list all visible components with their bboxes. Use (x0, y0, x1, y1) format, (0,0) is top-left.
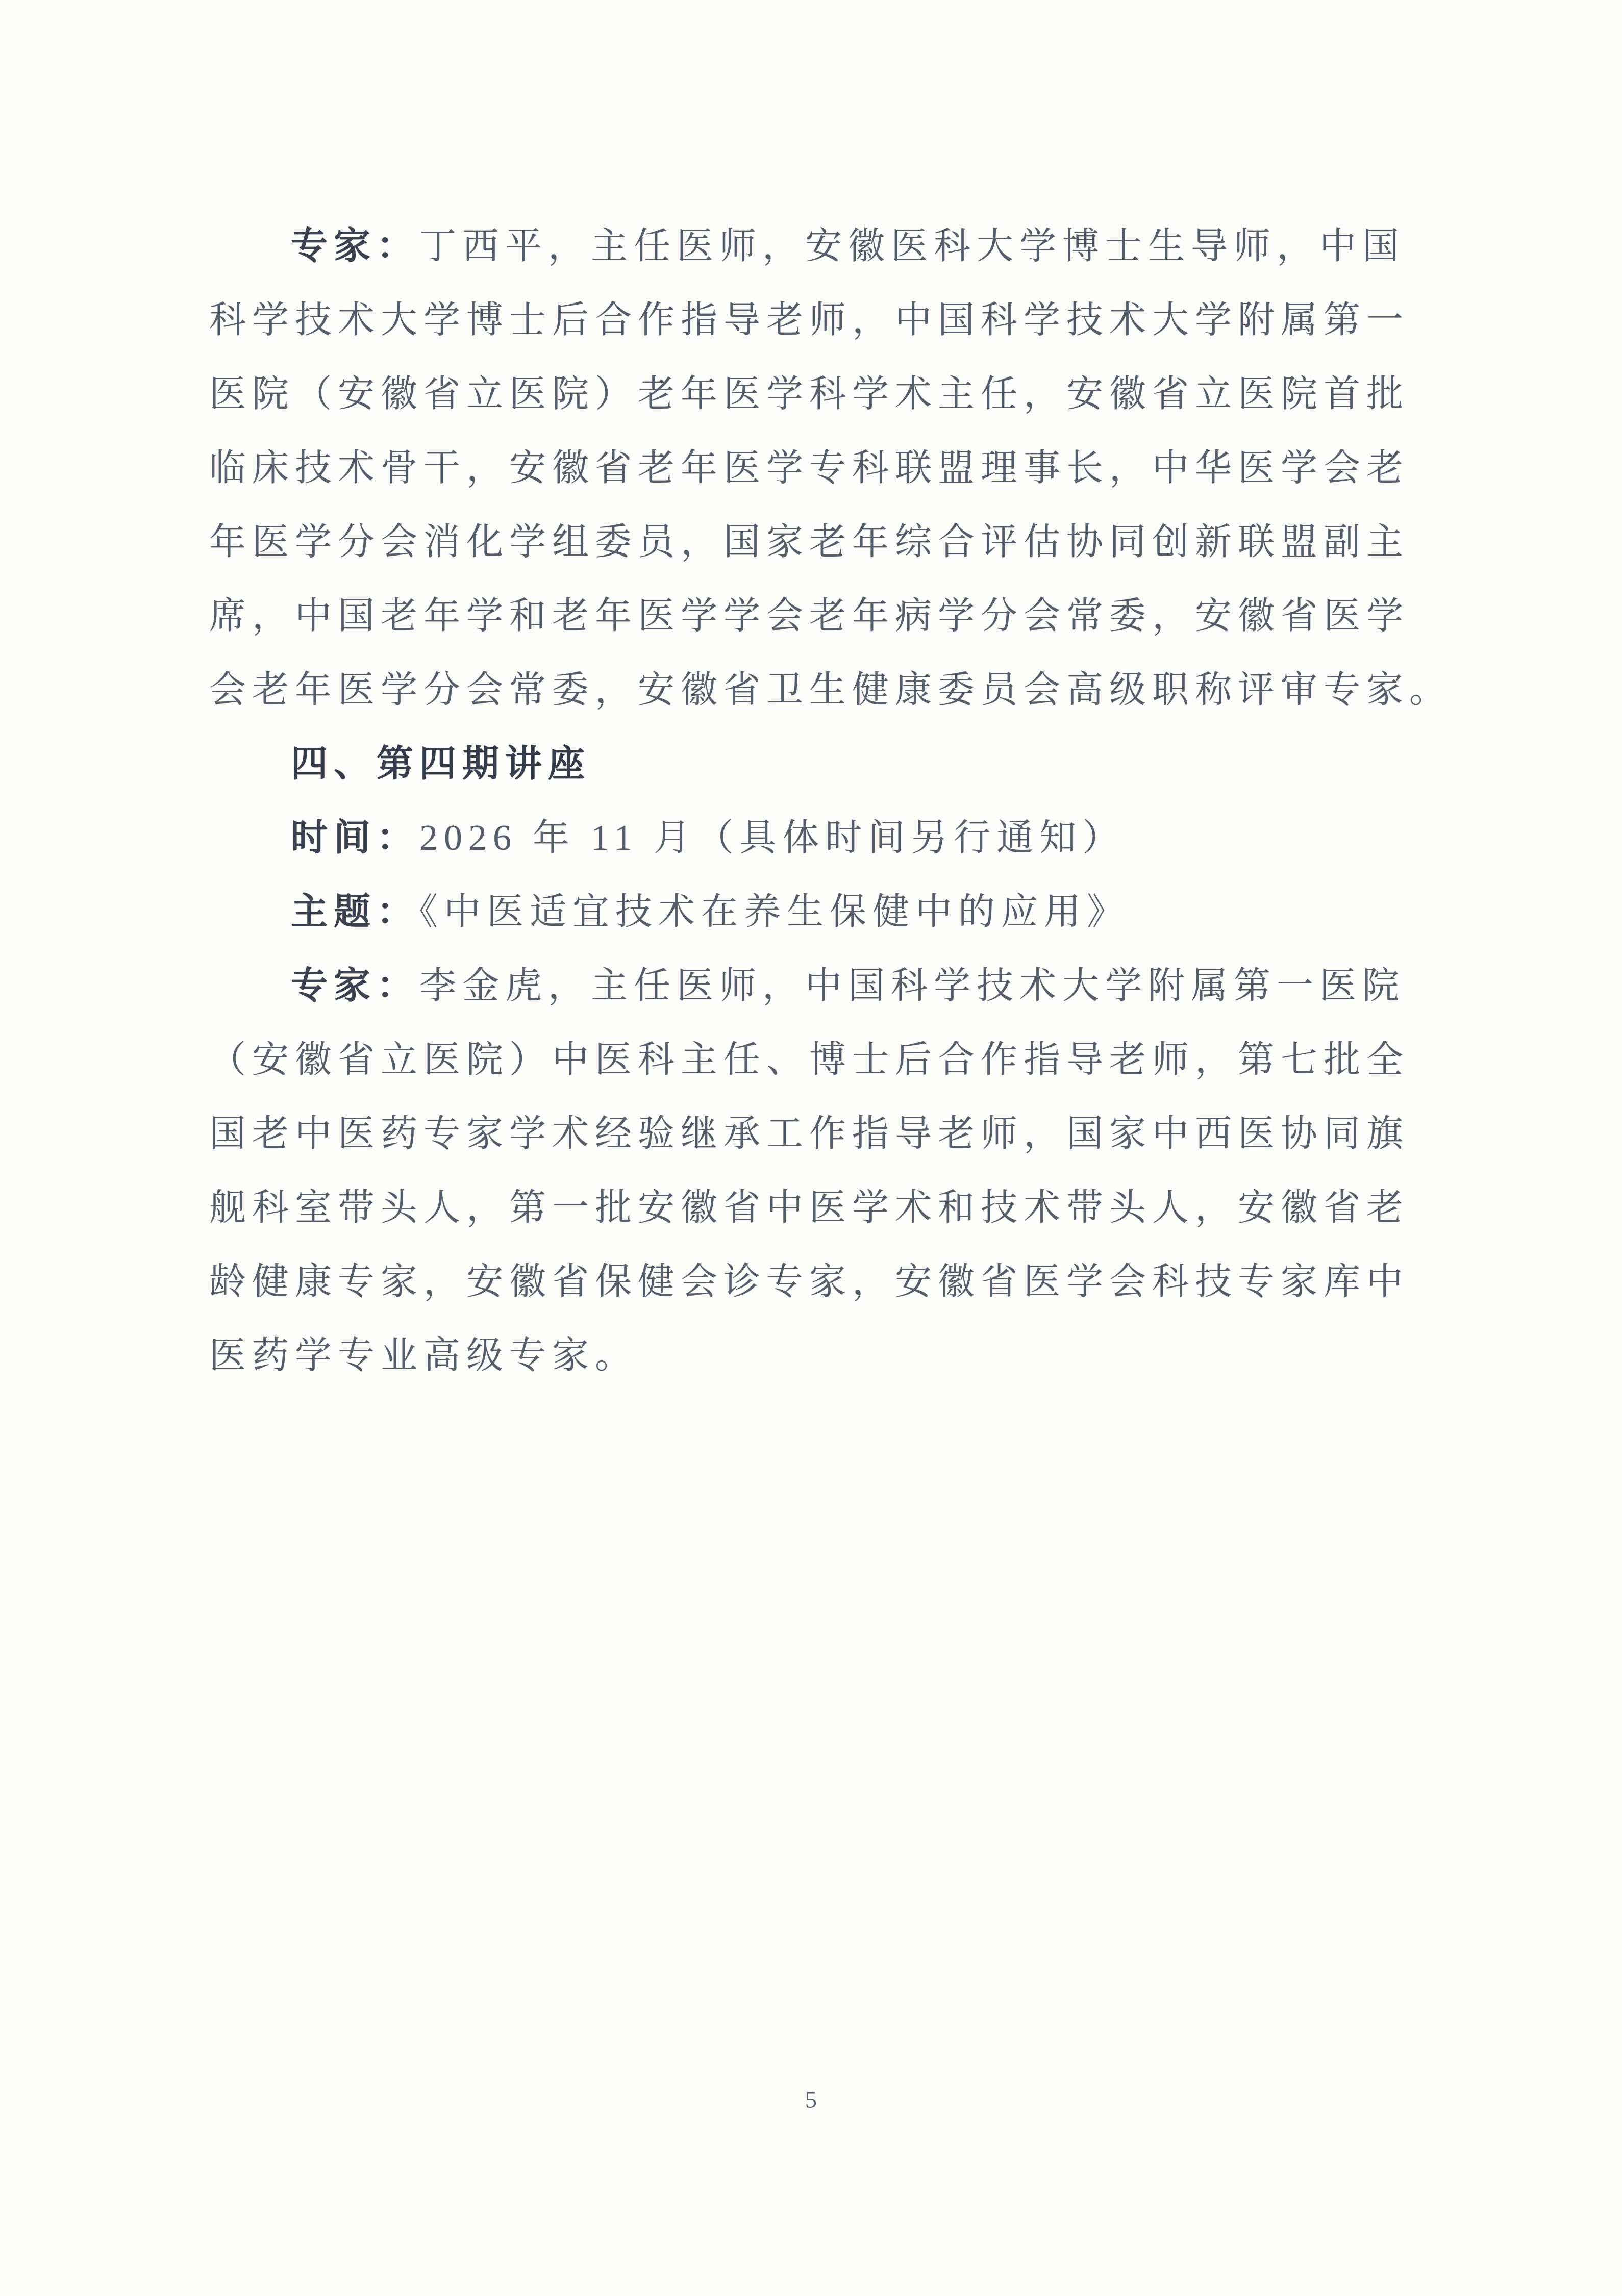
expert1-line-2: 科学技术大学博士后合作指导老师，中国科学技术大学附属第一 (209, 283, 1434, 357)
expert2-line-1: 专家：李金虎，主任医师，中国科学技术大学附属第一医院 (209, 949, 1434, 1023)
expert1-line-6: 席，中国老年学和老年医学学会老年病学分会常委，安徽省医学 (209, 579, 1434, 653)
topic-line: 主题：《中医适宜技术在养生保健中的应用》 (209, 875, 1434, 949)
expert1-line-4: 临床技术骨干，安徽省老年医学专科联盟理事长，中华医学会老 (209, 431, 1434, 505)
expert2-line-3: 国老中医药专家学术经验继承工作指导老师，国家中西医协同旗 (209, 1097, 1434, 1171)
line-text: 年医学分会消化学组委员，国家老年综合评估协同创新联盟副主 (209, 521, 1409, 562)
topic-label: 主题： (291, 891, 419, 932)
expert2-line-2: （安徽省立医院）中医科主任、博士后合作指导老师，第七批全 (209, 1023, 1434, 1097)
time-label: 时间： (291, 817, 419, 858)
line-text: 席，中国老年学和老年医学学会老年病学分会常委，安徽省医学 (209, 595, 1409, 636)
line-text: 舰科室带头人，第一批安徽省中医学术和技术带头人，安徽省老 (209, 1187, 1409, 1228)
expert-label: 专家： (291, 225, 419, 266)
line-text: 会老年医学分会常委，安徽省卫生健康委员会高级职称评审专家。 (209, 669, 1452, 710)
heading-text: 四、第四期讲座 (291, 743, 591, 784)
expert1-line-3: 医院（安徽省立医院）老年医学科学术主任，安徽省立医院首批 (209, 357, 1434, 431)
page-number: 5 (0, 2086, 1622, 2113)
line-text: 医药学专业高级专家。 (209, 1335, 638, 1376)
document-body: 专家：丁西平，主任医师，安徽医科大学博士生导师，中国 科学技术大学博士后合作指导… (209, 209, 1434, 1393)
topic-value: 《中医适宜技术在养生保健中的应用》 (419, 891, 1130, 932)
time-line: 时间：2026 年 11 月（具体时间另行通知） (209, 801, 1434, 875)
scanned-document-page: 专家：丁西平，主任医师，安徽医科大学博士生导师，中国 科学技术大学博士后合作指导… (0, 0, 1622, 2296)
expert2-line-4: 舰科室带头人，第一批安徽省中医学术和技术带头人，安徽省老 (209, 1171, 1434, 1245)
line-text: 科学技术大学博士后合作指导老师，中国科学技术大学附属第一 (209, 299, 1409, 340)
time-value: 2026 年 11 月（具体时间另行通知） (419, 817, 1125, 858)
line-text: 丁西平，主任医师，安徽医科大学博士生导师，中国 (419, 225, 1405, 266)
expert-label: 专家： (291, 965, 419, 1006)
expert1-line-7: 会老年医学分会常委，安徽省卫生健康委员会高级职称评审专家。 (209, 653, 1434, 727)
section-heading-lecture-4: 四、第四期讲座 (209, 727, 1434, 801)
line-text: 医院（安徽省立医院）老年医学科学术主任，安徽省立医院首批 (209, 373, 1409, 414)
expert1-line-1: 专家：丁西平，主任医师，安徽医科大学博士生导师，中国 (209, 209, 1434, 283)
line-text: 国老中医药专家学术经验继承工作指导老师，国家中西医协同旗 (209, 1113, 1409, 1154)
expert2-line-6: 医药学专业高级专家。 (209, 1319, 1434, 1393)
line-text: 临床技术骨干，安徽省老年医学专科联盟理事长，中华医学会老 (209, 447, 1409, 488)
line-text: （安徽省立医院）中医科主任、博士后合作指导老师，第七批全 (209, 1039, 1409, 1080)
expert2-line-5: 龄健康专家，安徽省保健会诊专家，安徽省医学会科技专家库中 (209, 1245, 1434, 1319)
line-text: 龄健康专家，安徽省保健会诊专家，安徽省医学会科技专家库中 (209, 1261, 1409, 1302)
expert1-line-5: 年医学分会消化学组委员，国家老年综合评估协同创新联盟副主 (209, 505, 1434, 579)
line-text: 李金虎，主任医师，中国科学技术大学附属第一医院 (419, 965, 1405, 1006)
